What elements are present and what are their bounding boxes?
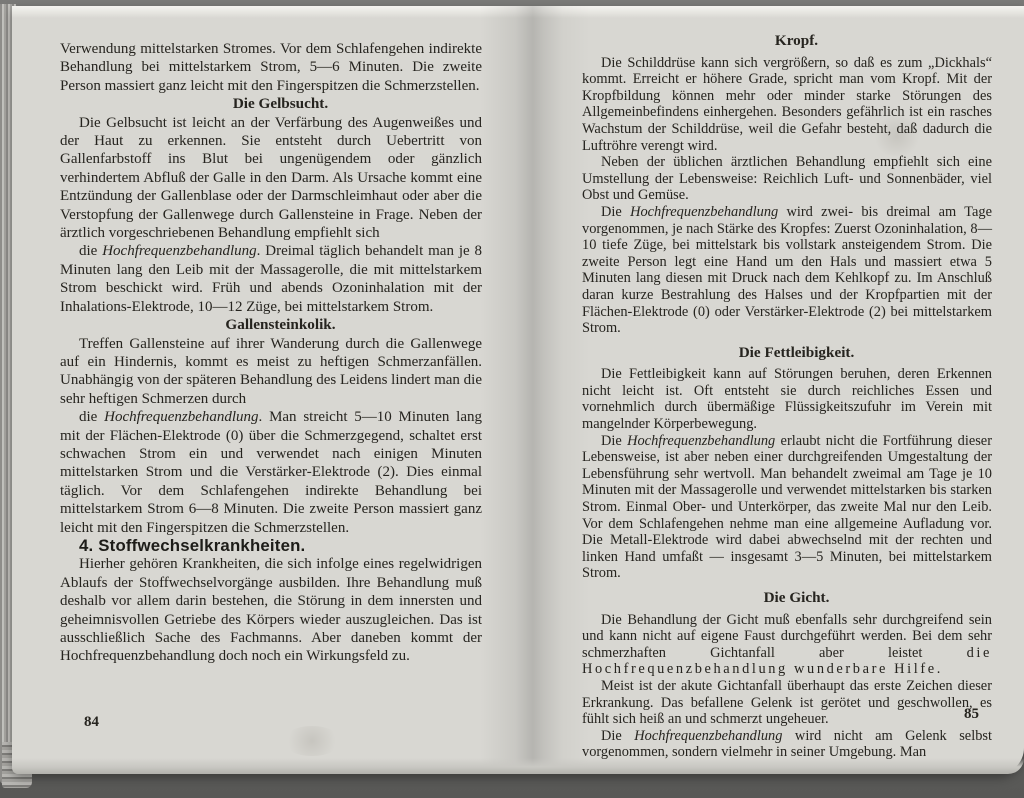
paragraph: Die Fettleibigkeit kann auf Störungen be…: [582, 366, 992, 432]
paragraph-text: Die: [601, 433, 627, 449]
italic-term-hochfrequenzbehandlung: Hochfrequenzbehandlung: [627, 433, 775, 449]
paragraph-text: Die: [601, 728, 634, 744]
italic-term-hochfrequenzbehandlung: Hochfrequenzbehandlung: [104, 409, 258, 425]
paragraph-text: Die Behandlung der Gicht muß ebenfalls s…: [582, 612, 992, 661]
paragraph: die Hochfrequenzbehandlung. Dreimal tägl…: [60, 242, 482, 316]
book-spread: Verwendung mittelstarken Stromes. Vor de…: [0, 0, 1024, 798]
paragraph-text: die: [79, 409, 104, 425]
paragraph: Die Gelbsucht ist leicht an der Verfärbu…: [60, 114, 482, 243]
italic-term-hochfrequenzbehandlung: Hochfrequenzbehandlung: [630, 204, 778, 220]
paragraph: Treffen Gallensteine auf ihrer Wanderung…: [60, 335, 482, 409]
chapter-heading-stoffwechselkrankheiten: 4. Stoffwechselkrankheiten.: [60, 537, 482, 555]
right-page-text-column: Kropf. Die Schilddrüse kann sich vergröß…: [582, 33, 992, 761]
section-heading-kropf: Kropf.: [582, 33, 992, 50]
paragraph: Verwendung mittelstarken Stromes. Vor de…: [60, 40, 482, 95]
left-page-text-column: Verwendung mittelstarken Stromes. Vor de…: [60, 40, 482, 666]
page-number-85: 85: [964, 706, 979, 723]
italic-term-hochfrequenzbehandlung: Hochfrequenzbehandlung: [102, 243, 256, 259]
paragraph: Die Hochfrequenzbehandlung wird nicht am…: [582, 728, 992, 761]
paragraph: die Hochfrequenzbehandlung. Man streicht…: [60, 408, 482, 537]
section-heading-gallensteinkolik: Gallensteinkolik.: [60, 316, 482, 334]
scan-smudge: [282, 726, 342, 756]
section-heading-fettleibigkeit: Die Fettleibigkeit.: [582, 345, 992, 362]
paragraph: Die Hochfrequenzbehandlung wird zwei- bi…: [582, 204, 992, 337]
paragraph-text: Die: [601, 204, 630, 220]
paragraph: Die Schilddrüse kann sich vergrößern, so…: [582, 55, 992, 155]
paragraph: Meist ist der akute Gichtanfall überhaup…: [582, 678, 992, 728]
paragraph: Hierher gehören Krankheiten, die sich in…: [60, 555, 482, 665]
paragraph-text: wird zwei- bis dreimal am Tage vorgenomm…: [582, 204, 992, 336]
italic-term-hochfrequenzbehandlung: Hochfrequenzbehandlung: [634, 728, 782, 744]
paragraph-text: die: [79, 243, 102, 259]
paragraph: Die Behandlung der Gicht muß ebenfalls s…: [582, 612, 992, 678]
page-number-84: 84: [84, 714, 99, 731]
paragraph-text: . Man streicht 5—10 Minuten lang mit der…: [60, 409, 482, 535]
paragraph: Die Hochfrequenzbehandlung erlaubt nicht…: [582, 433, 992, 582]
paragraph-text: erlaubt nicht die Fortführung dieser Leb…: [582, 433, 992, 582]
paragraph: Neben der üblichen ärztlichen Behandlung…: [582, 154, 992, 204]
section-heading-gicht: Die Gicht.: [582, 590, 992, 607]
section-heading-gelbsucht: Die Gelbsucht.: [60, 95, 482, 113]
book-gutter-shadow: [480, 6, 590, 774]
